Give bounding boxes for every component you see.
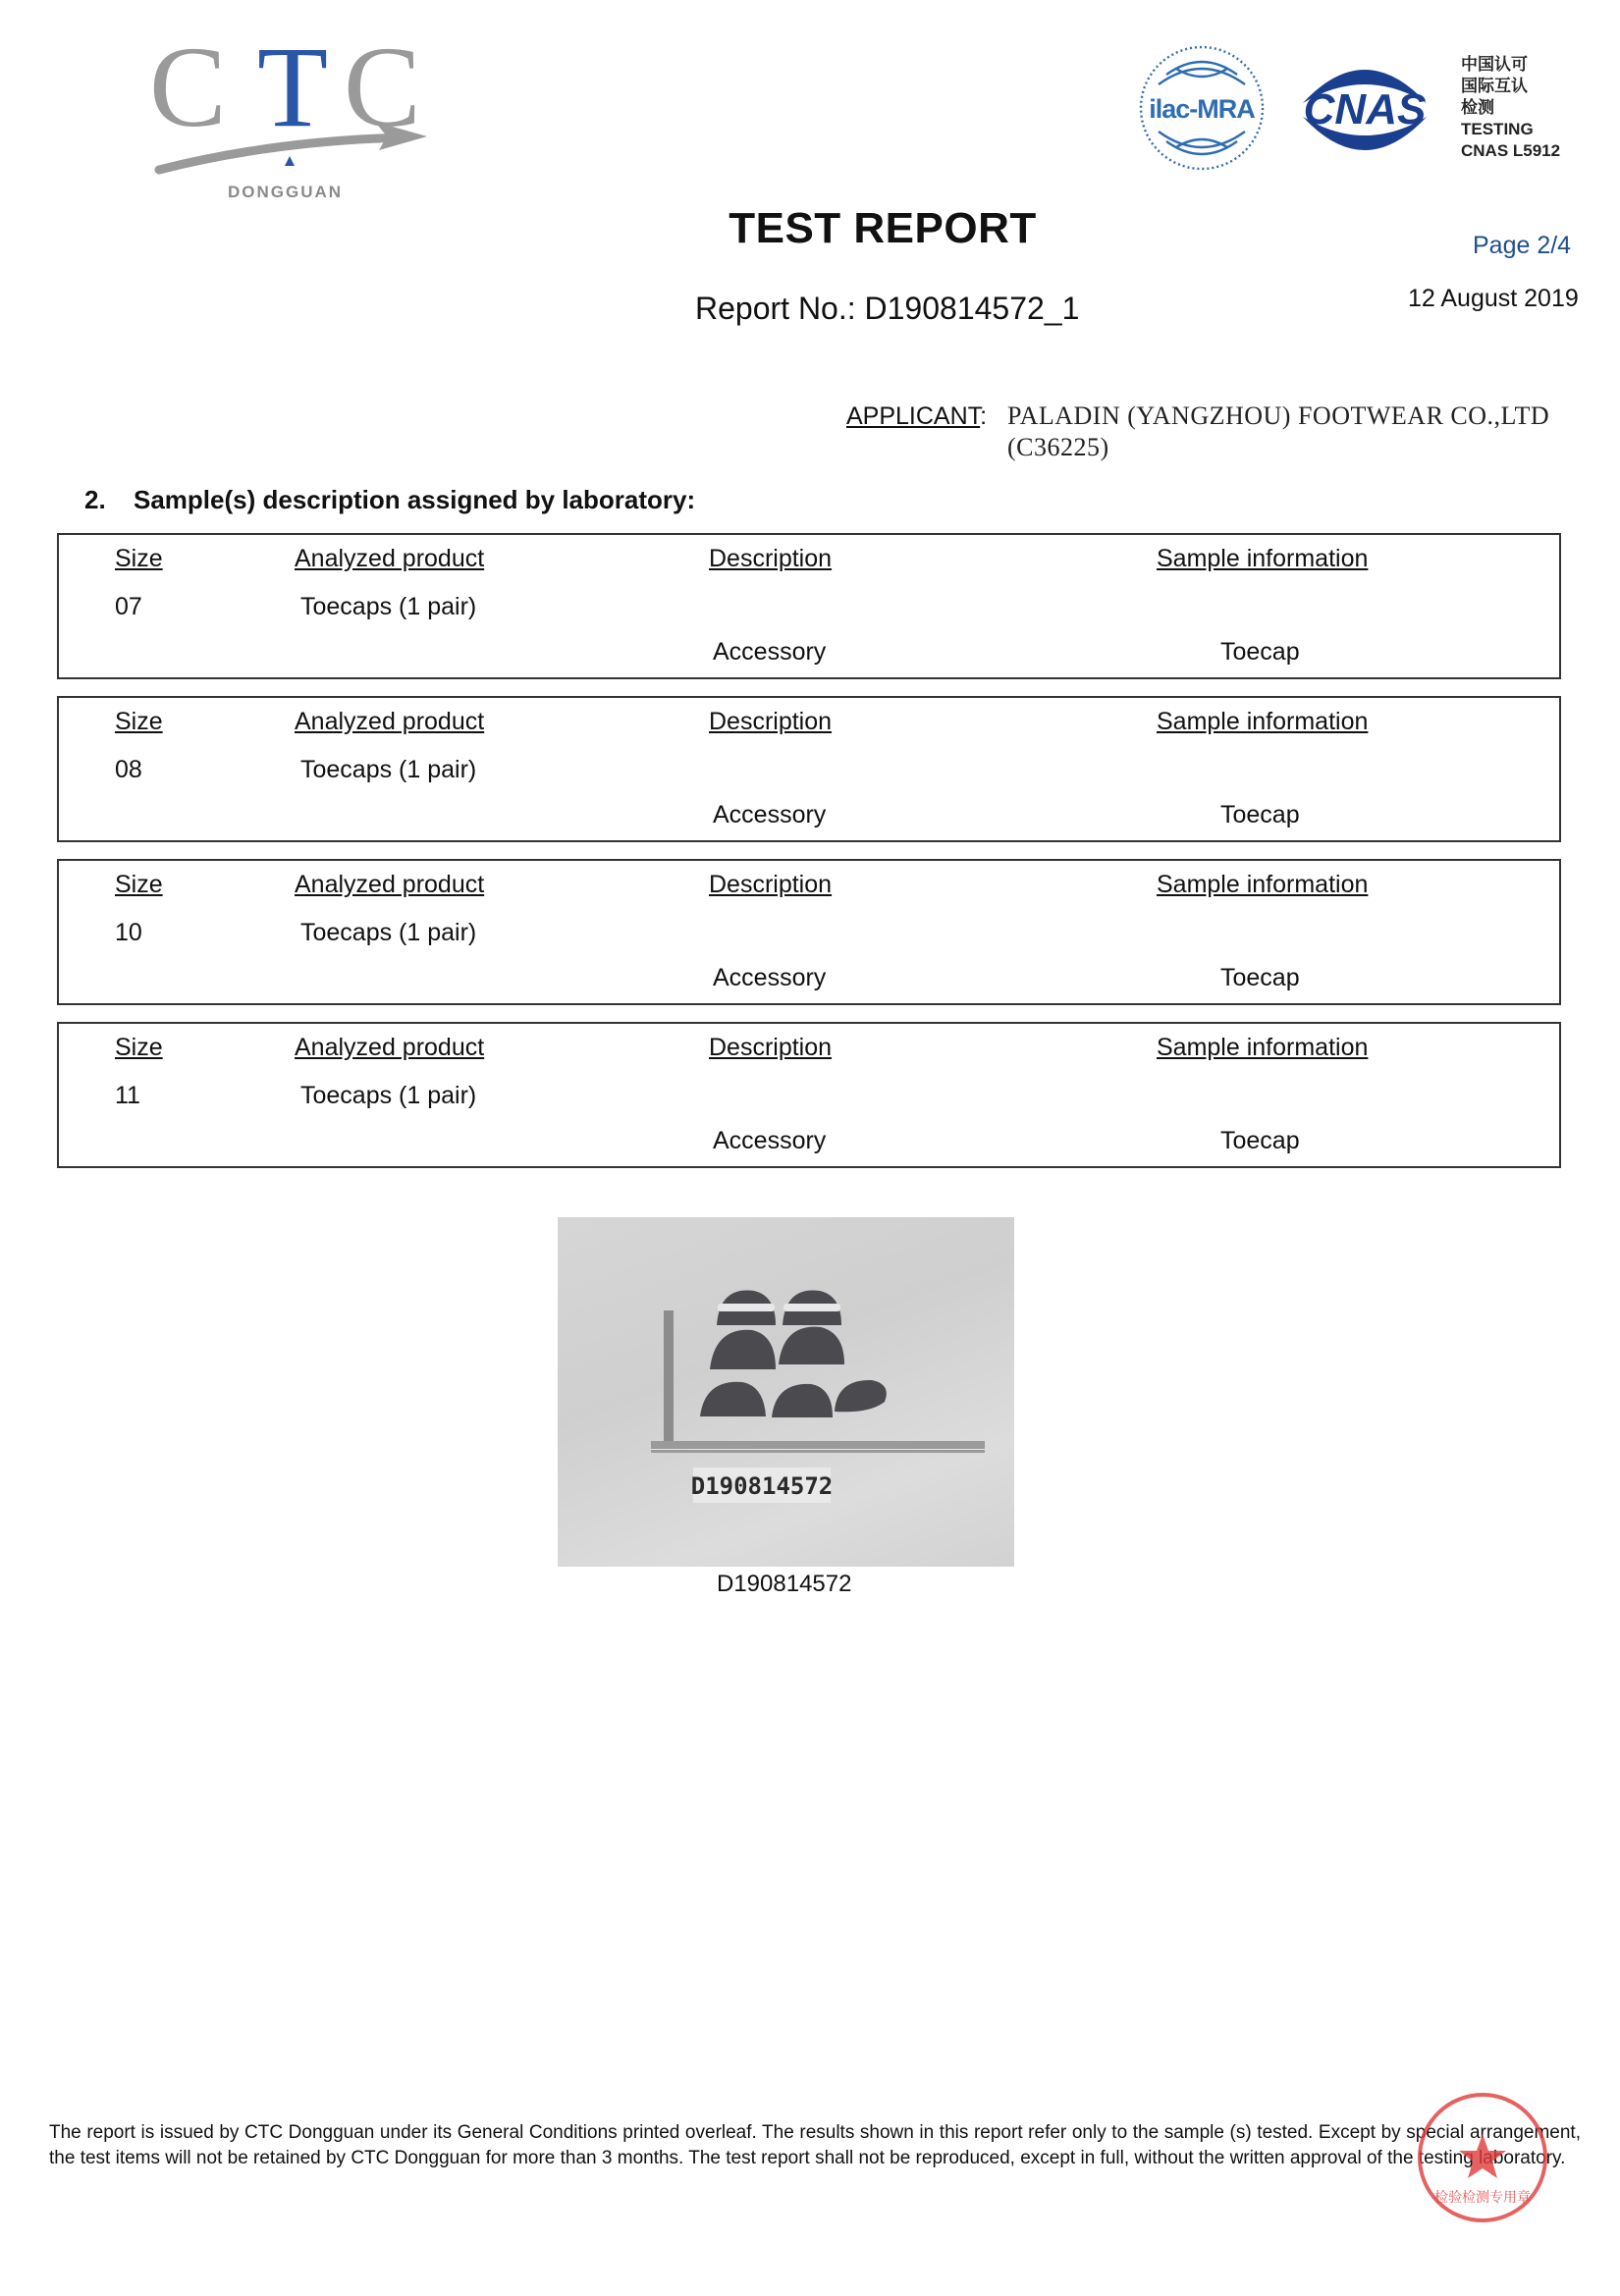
size-value: 11 bbox=[115, 1082, 140, 1110]
seal-text: 检验检测专用章 bbox=[1434, 2189, 1531, 2205]
cnas-icon: CNAS bbox=[1291, 56, 1438, 164]
accreditation-text: 中国认可 国际互认 检测 TESTING CNAS L5912 bbox=[1461, 54, 1560, 162]
size-value: 10 bbox=[115, 919, 142, 947]
toecaps-photo-image: D190814572 bbox=[558, 1217, 1014, 1567]
applicant-label-text: APPLICANT bbox=[846, 402, 980, 430]
sample-box: Size Analyzed product Description Sample… bbox=[57, 859, 1561, 1005]
header-analyzed-product: Analyzed product bbox=[295, 871, 484, 899]
photo-sample-label: D190814572 bbox=[691, 1472, 834, 1500]
sample-info-value: Toecap bbox=[1220, 638, 1300, 667]
section-number: 2. bbox=[84, 485, 134, 515]
header-analyzed-product: Analyzed product bbox=[295, 708, 484, 736]
header-size: Size bbox=[115, 708, 163, 736]
report-number: Report No.: D190814572_1 bbox=[695, 291, 1079, 327]
report-title: TEST REPORT bbox=[0, 204, 1620, 253]
applicant-label: APPLICANT: bbox=[846, 402, 987, 431]
accred-line: 国际互认 bbox=[1461, 76, 1560, 97]
cnas-logo: CNAS bbox=[1291, 56, 1438, 164]
section-heading: 2.Sample(s) description assigned by labo… bbox=[84, 485, 695, 515]
logo-letter-t: T bbox=[257, 27, 328, 151]
product-value: Toecaps (1 pair) bbox=[300, 919, 476, 947]
header-size: Size bbox=[115, 871, 163, 899]
accred-line: 检测 bbox=[1461, 97, 1560, 119]
sample-box: Size Analyzed product Description Sample… bbox=[57, 1022, 1561, 1168]
size-value: 07 bbox=[115, 593, 142, 621]
header-size: Size bbox=[115, 545, 163, 573]
applicant-name-line2: (C36225) bbox=[1007, 432, 1549, 463]
sample-info-value: Toecap bbox=[1220, 801, 1300, 829]
header-description: Description bbox=[709, 1034, 832, 1062]
photo-caption: D190814572 bbox=[717, 1571, 851, 1598]
description-value: Accessory bbox=[713, 638, 826, 667]
sample-info-value: Toecap bbox=[1220, 964, 1300, 992]
cnas-label: CNAS bbox=[1304, 85, 1427, 133]
header-size: Size bbox=[115, 1034, 163, 1062]
description-value: Accessory bbox=[713, 964, 826, 992]
ilac-mra-logo: ilac-MRA bbox=[1137, 43, 1267, 173]
header-sample-information: Sample information bbox=[1157, 708, 1368, 736]
product-value: Toecaps (1 pair) bbox=[300, 1082, 476, 1110]
footer-disclaimer: The report is issued by CTC Dongguan und… bbox=[49, 2120, 1581, 2170]
header-analyzed-product: Analyzed product bbox=[295, 545, 484, 573]
ilac-label: ilac-MRA bbox=[1149, 94, 1255, 124]
description-value: Accessory bbox=[713, 801, 826, 829]
sample-box: Size Analyzed product Description Sample… bbox=[57, 696, 1561, 842]
section-title: Sample(s) description assigned by labora… bbox=[134, 485, 695, 514]
accred-line: 中国认可 bbox=[1461, 54, 1560, 76]
laboratory-seal: 检验检测专用章 bbox=[1414, 2089, 1551, 2226]
sample-photo: D190814572 bbox=[558, 1217, 1014, 1567]
ctc-dongguan-logo: C T C DONGGUAN bbox=[147, 27, 432, 209]
report-number-value: D190814572_1 bbox=[865, 291, 1080, 326]
header-sample-information: Sample information bbox=[1157, 871, 1368, 899]
header-description: Description bbox=[709, 871, 832, 899]
header-description: Description bbox=[709, 708, 832, 736]
product-value: Toecaps (1 pair) bbox=[300, 756, 476, 784]
red-seal-stamp-icon: 检验检测专用章 bbox=[1414, 2089, 1551, 2226]
report-number-label: Report No.: bbox=[695, 291, 856, 326]
applicant-name: PALADIN (YANGZHOU) FOOTWEAR CO.,LTD (C36… bbox=[1007, 400, 1549, 463]
header-analyzed-product: Analyzed product bbox=[295, 1034, 484, 1062]
page-number: Page 2/4 bbox=[1473, 232, 1571, 260]
size-value: 08 bbox=[115, 756, 142, 784]
description-value: Accessory bbox=[713, 1127, 826, 1155]
sample-box: Size Analyzed product Description Sample… bbox=[57, 533, 1561, 679]
ilac-mra-icon: ilac-MRA bbox=[1137, 43, 1267, 173]
sample-info-value: Toecap bbox=[1220, 1127, 1300, 1155]
applicant-name-line1: PALADIN (YANGZHOU) FOOTWEAR CO.,LTD bbox=[1007, 400, 1549, 432]
header-sample-information: Sample information bbox=[1157, 1034, 1368, 1062]
header-sample-information: Sample information bbox=[1157, 545, 1368, 573]
accred-line: TESTING bbox=[1461, 119, 1560, 140]
report-date: 12 August 2019 bbox=[1408, 285, 1579, 313]
logo-letter-c1: C bbox=[149, 27, 227, 151]
logo-subtitle: DONGGUAN bbox=[228, 183, 343, 202]
accred-line: CNAS L5912 bbox=[1461, 140, 1560, 162]
product-value: Toecaps (1 pair) bbox=[300, 593, 476, 621]
header-description: Description bbox=[709, 545, 832, 573]
